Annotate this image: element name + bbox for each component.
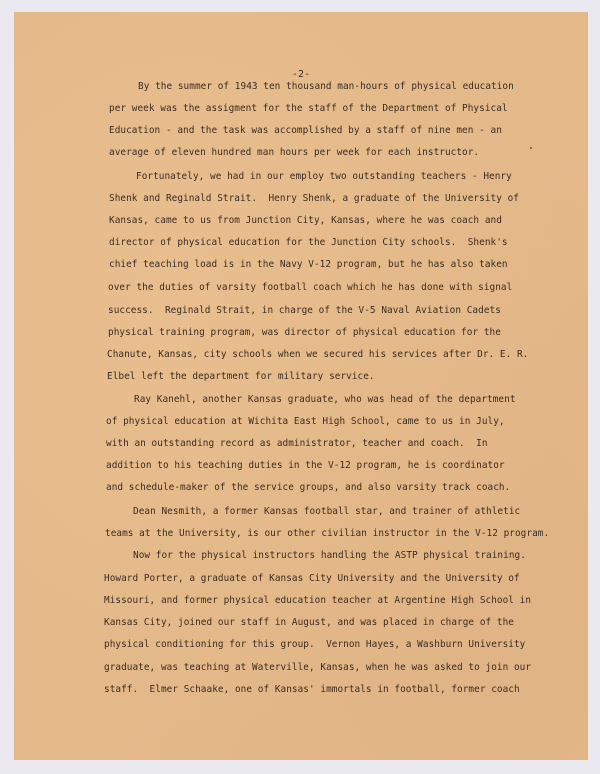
text-line: Ray Kanehl, another Kansas graduate, who… [134, 394, 516, 405]
document-page: -2- By the summer of 1943 ten thousand m… [14, 12, 588, 760]
text-line: Now for the physical instructors handlin… [133, 550, 526, 561]
text-line: Kansas City, joined our staff in August,… [104, 617, 514, 628]
text-line: with an outstanding record as administra… [106, 438, 488, 449]
text-line: staff. Elmer Schaake, one of Kansas' imm… [104, 684, 520, 695]
page-number: -2- [14, 69, 588, 80]
text-line: Elbel left the department for military s… [107, 371, 375, 382]
text-line: Shenk and Reginald Strait. Henry Shenk, … [109, 193, 519, 204]
ink-speck [530, 147, 532, 149]
text-line: average of eleven hundred man hours per … [109, 147, 479, 158]
text-line: Howard Porter, a graduate of Kansas City… [104, 573, 520, 584]
typewritten-text: -2- By the summer of 1943 ten thousand m… [14, 12, 588, 760]
text-line: By the summer of 1943 ten thousand man-h… [138, 81, 514, 92]
text-line: addition to his teaching duties in the V… [106, 460, 505, 471]
text-line: Dean Nesmith, a former Kansas football s… [133, 506, 520, 517]
text-line: Kansas, came to us from Junction City, K… [109, 215, 502, 226]
text-line: per week was the assigment for the staff… [109, 103, 508, 114]
text-line: Missouri, and former physical education … [104, 595, 531, 606]
text-line: Chanute, Kansas, city schools when we se… [107, 349, 528, 360]
text-line: of physical education at Wichita East Hi… [106, 416, 505, 427]
text-line: over the duties of varsity football coac… [108, 282, 512, 293]
text-line: Fortunately, we had in our employ two ou… [136, 171, 512, 182]
text-line: chief teaching load is in the Navy V-12 … [109, 259, 508, 270]
text-line: physical conditioning for this group. Ve… [104, 639, 525, 650]
text-line: teams at the University, is our other ci… [105, 528, 549, 539]
text-line: director of physical education for the J… [109, 237, 508, 248]
text-line: physical training program, was director … [108, 327, 501, 338]
text-line: success. Reginald Strait, in charge of t… [108, 305, 501, 316]
text-line: Education - and the task was accomplishe… [109, 125, 502, 136]
text-line: and schedule-maker of the service groups… [106, 482, 510, 493]
text-line: graduate, was teaching at Waterville, Ka… [104, 662, 531, 673]
